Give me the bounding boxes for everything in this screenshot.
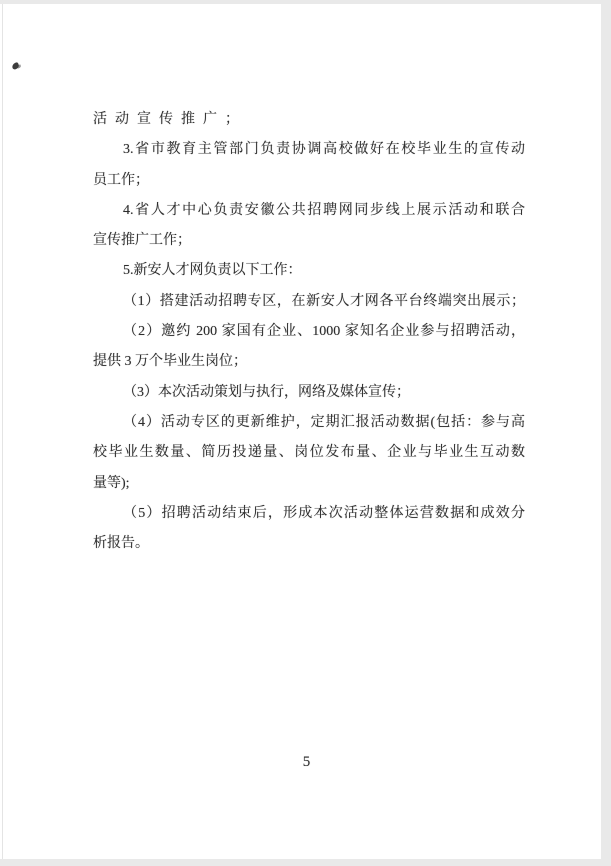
text-line: 员工作； xyxy=(93,166,525,196)
ink-smudge-mark xyxy=(11,62,20,70)
text-line: （4）活动专区的更新维护，定期汇报活动数据(包括：参与高 xyxy=(93,408,525,438)
document-body-text: 活动宣传推广；3.省市教育主管部门负责协调高校做好在校毕业生的宣传动员工作；4.… xyxy=(93,105,525,559)
text-line: 提供 3 万个毕业生岗位； xyxy=(93,347,525,377)
page-number: 5 xyxy=(0,754,601,771)
text-line: 宣传推广工作； xyxy=(93,226,525,256)
text-line: 析报告。 xyxy=(93,529,525,559)
text-line: 校毕业生数量、简历投递量、岗位发布量、企业与毕业生互动数 xyxy=(93,438,525,468)
text-line: 活动宣传推广； xyxy=(93,105,525,135)
text-line: 量等); xyxy=(93,469,525,499)
document-page: 活动宣传推广；3.省市教育主管部门负责协调高校做好在校毕业生的宣传动员工作；4.… xyxy=(0,4,601,859)
text-line: 4.省人才中心负责安徽公共招聘网同步线上展示活动和联合 xyxy=(93,196,525,226)
text-line: 5.新安人才网负责以下工作： xyxy=(93,256,525,286)
text-line: （5）招聘活动结束后，形成本次活动整体运营数据和成效分 xyxy=(93,499,525,529)
page-left-edge-line xyxy=(2,4,3,859)
text-line: 3.省市教育主管部门负责协调高校做好在校毕业生的宣传动 xyxy=(93,135,525,165)
text-line: （2）邀约 200 家国有企业、1000 家知名企业参与招聘活动， xyxy=(93,317,525,347)
text-line: （1）搭建活动招聘专区，在新安人才网各平台终端突出展示； xyxy=(93,287,525,317)
text-line: （3）本次活动策划与执行，网络及媒体宣传； xyxy=(93,378,525,408)
scan-backdrop: 活动宣传推广；3.省市教育主管部门负责协调高校做好在校毕业生的宣传动员工作；4.… xyxy=(0,0,611,866)
